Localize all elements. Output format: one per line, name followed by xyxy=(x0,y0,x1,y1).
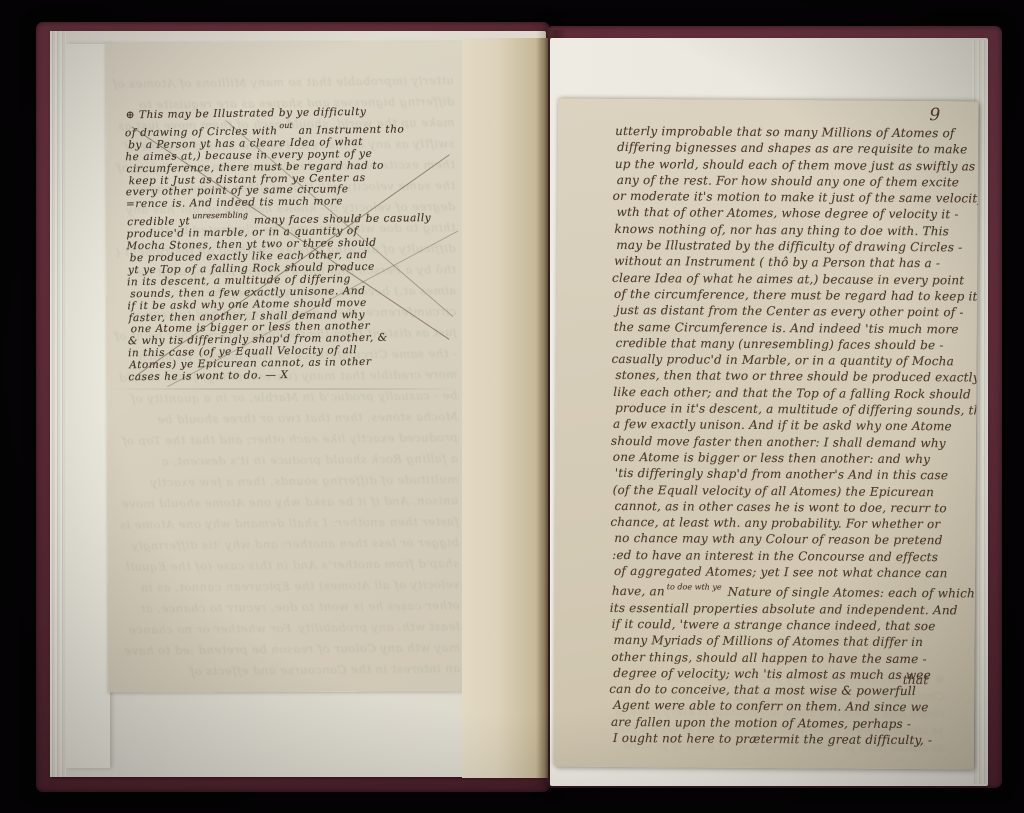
photo-backdrop: utterly improbable that so many Millions… xyxy=(0,0,1024,813)
manuscript-line: have, anto doe wth ye Nature of single A… xyxy=(612,579,966,602)
page-number: 9 xyxy=(929,105,940,125)
catchword: that xyxy=(903,672,929,687)
manuscript-line: I ought not here to prætermit the great … xyxy=(613,730,965,749)
manuscript-text-block: utterly improbable that so many Millions… xyxy=(611,123,969,749)
pasted-slip: utterly improbable that so many Millions… xyxy=(106,41,466,692)
left-page-fore-edge xyxy=(50,31,66,777)
manuscript-line: a few exactly unison. And if it be askd … xyxy=(613,416,967,435)
interlinear-insertion: out xyxy=(279,121,292,130)
interlinear-insertion: unresembling xyxy=(192,211,248,221)
manuscript-line: without an Instrument ( thô by a Person … xyxy=(614,253,968,272)
interlinear-insertion: to doe wth ye xyxy=(667,583,722,592)
manuscript-line: differing bignesses and shapes as are re… xyxy=(617,139,969,158)
manuscript-line: many Myriads of Millions of Atomes that … xyxy=(613,632,965,651)
slip-fold-crease xyxy=(107,388,465,390)
left-note-text: ⊕ This may be Illustrated by ye difficul… xyxy=(125,106,455,384)
manuscript-line: Agent were able to conferr on them. And … xyxy=(613,697,965,716)
manuscript-line: just as distant from the Center as every… xyxy=(616,302,968,321)
manuscript-leaf: ⊕ This may be Illustrated by ye difficul… xyxy=(554,99,979,770)
paper-guard-strip xyxy=(66,44,110,768)
manuscript-line: 'tis differingly shap'd from another's A… xyxy=(615,465,967,484)
